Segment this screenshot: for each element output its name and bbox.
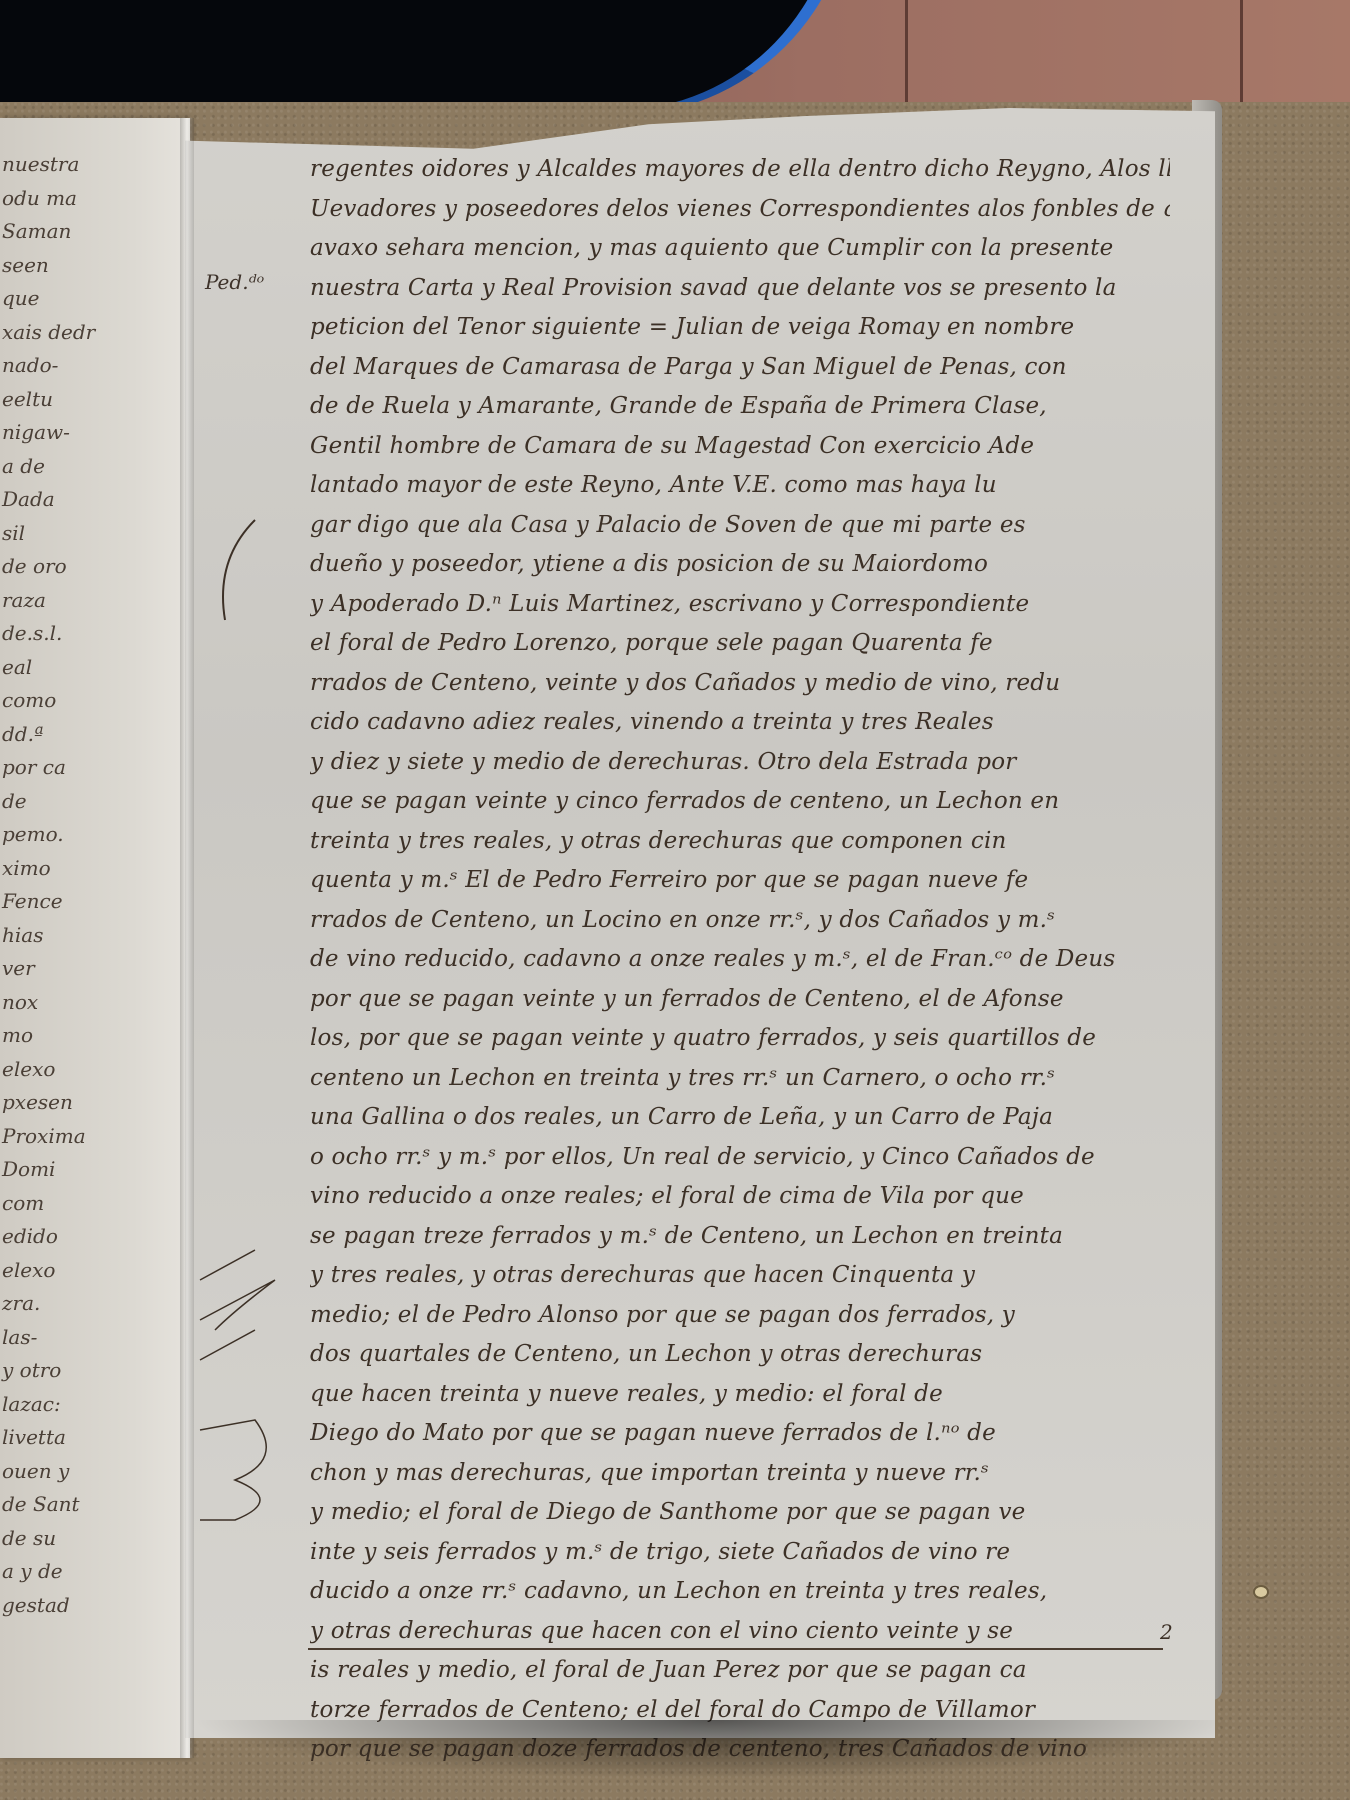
margin-note: Ped.ᵈᵒ <box>205 270 264 294</box>
book-gutter <box>180 118 194 1758</box>
left-fragment: eeltu <box>0 383 190 417</box>
left-fragment: Proxima <box>0 1120 190 1154</box>
left-fragment: de <box>0 785 190 819</box>
wall-seam <box>1240 0 1243 110</box>
manuscript-line: el foral de Pedro Lorenzo, porque sele p… <box>310 624 1170 664</box>
left-fragment: Domi <box>0 1153 190 1187</box>
manuscript-line: o ocho rr.ˢ y m.ˢ por ellos, Un real de … <box>310 1138 1170 1178</box>
manuscript-line: vino reducido a onze reales; el foral de… <box>310 1177 1170 1217</box>
manuscript-line: y Apoderado D.ⁿ Luis Martinez, escrivano… <box>310 585 1170 625</box>
left-fragment: y otro <box>0 1354 190 1388</box>
manuscript-line: rrados de Centeno, veinte y dos Cañados … <box>310 664 1170 704</box>
left-fragment: odu ma <box>0 182 190 216</box>
left-fragment: de oro <box>0 550 190 584</box>
manuscript-line: de vino reducido, cadavno a onze reales … <box>310 940 1170 980</box>
page-mark: 2 <box>1160 1620 1173 1644</box>
manuscript-line: los, por que se pagan veinte y quatro fe… <box>310 1019 1170 1059</box>
manuscript-line: y tres reales, y otras derechuras que ha… <box>310 1256 1170 1296</box>
manuscript-line: que hacen treinta y nueve reales, y medi… <box>310 1375 1170 1415</box>
left-fragment: nado- <box>0 349 190 383</box>
manuscript-line: dos quartales de Centeno, un Lechon y ot… <box>310 1335 1170 1375</box>
left-fragment: zra. <box>0 1287 190 1321</box>
manuscript-line: quenta y m.ˢ El de Pedro Ferreiro por qu… <box>310 861 1170 901</box>
manuscript-line: chon y mas derechuras, que importan trei… <box>310 1454 1170 1494</box>
book-shadow <box>190 1720 1240 1780</box>
wall-seam <box>905 0 908 110</box>
left-fragment: sil <box>0 517 190 551</box>
left-fragment: mo <box>0 1019 190 1053</box>
manuscript-line: is reales y medio, el foral de Juan Pere… <box>310 1651 1170 1691</box>
left-fragment: raza <box>0 584 190 618</box>
left-fragment: pxesen <box>0 1086 190 1120</box>
left-fragment: eal <box>0 651 190 685</box>
manuscript-line: que se pagan veinte y cinco ferrados de … <box>310 782 1170 822</box>
left-fragment: gestad <box>0 1589 190 1623</box>
manuscript-line: lantado mayor de este Reyno, Ante V.E. c… <box>310 466 1170 506</box>
left-fragment: elexo <box>0 1053 190 1087</box>
manuscript-line: Gentil hombre de Camara de su Magestad C… <box>310 427 1170 467</box>
manuscript-line: se pagan treze ferrados y m.ˢ de Centeno… <box>310 1217 1170 1257</box>
left-fragment: Saman <box>0 215 190 249</box>
manuscript-text: regentes oidores y Alcaldes mayores de e… <box>310 150 1170 1770</box>
left-fragment: ximo <box>0 852 190 886</box>
left-fragment: por ca <box>0 751 190 785</box>
manuscript-line: de de Ruela y Amarante, Grande de España… <box>310 387 1170 427</box>
left-fragment: hias <box>0 919 190 953</box>
left-fragment: a y de <box>0 1555 190 1589</box>
manuscript-line: medio; el de Pedro Alonso por que se pag… <box>310 1296 1170 1336</box>
left-fragment: seen <box>0 249 190 283</box>
left-fragment: como <box>0 684 190 718</box>
manuscript-line: dueño y poseedor, ytiene a dis posicion … <box>310 545 1170 585</box>
manuscript-line: nuestra Carta y Real Provision savad que… <box>310 269 1170 309</box>
manuscript-line: gar digo que ala Casa y Palacio de Soven… <box>310 506 1170 546</box>
margin-flourish-icon <box>195 480 305 1580</box>
left-fragment: pemo. <box>0 818 190 852</box>
manuscript-line: ducido a onze rr.ˢ cadavno, un Lechon en… <box>310 1572 1170 1612</box>
manuscript-line: por que se pagan veinte y un ferrados de… <box>310 980 1170 1020</box>
left-fragment: livetta <box>0 1421 190 1455</box>
left-fragment: com <box>0 1187 190 1221</box>
left-fragment: a de <box>0 450 190 484</box>
manuscript-line: centeno un Lechon en treinta y tres rr.ˢ… <box>310 1059 1170 1099</box>
manuscript-line: Uevadores y poseedores delos vienes Corr… <box>310 190 1170 230</box>
left-fragment: Fence <box>0 885 190 919</box>
left-fragment: nox <box>0 986 190 1020</box>
manuscript-line: cido cadavno adiez reales, vinendo a tre… <box>310 703 1170 743</box>
left-fragment: edido <box>0 1220 190 1254</box>
left-page-text: nuestra odu ma Saman seen que xais dedr … <box>0 148 190 1622</box>
manuscript-line: inte y seis ferrados y m.ˢ de trigo, sie… <box>310 1533 1170 1573</box>
manuscript-line: y otras derechuras que hacen con el vino… <box>310 1612 1170 1652</box>
left-fragment: lazac: <box>0 1388 190 1422</box>
left-fragment: dd.ª <box>0 718 190 752</box>
left-fragment: Dada <box>0 483 190 517</box>
closing-rule <box>308 1648 1163 1650</box>
manuscript-line: treinta y tres reales, y otras derechura… <box>310 822 1170 862</box>
left-fragment: ver <box>0 952 190 986</box>
manuscript-line: rrados de Centeno, un Locino en onze rr.… <box>310 901 1170 941</box>
manuscript-line: avaxo sehara mencion, y mas aquiento que… <box>310 229 1170 269</box>
left-fragment: que <box>0 282 190 316</box>
pushpin-icon <box>1253 1585 1269 1599</box>
left-fragment: de su <box>0 1522 190 1556</box>
left-fragment: de.s.l. <box>0 617 190 651</box>
manuscript-line: peticion del Tenor siguiente = Julian de… <box>310 308 1170 348</box>
manuscript-line: una Gallina o dos reales, un Carro de Le… <box>310 1098 1170 1138</box>
manuscript-line: Diego do Mato por que se pagan nueve fer… <box>310 1414 1170 1454</box>
left-fragment: ouen y <box>0 1455 190 1489</box>
left-fragment: las- <box>0 1321 190 1355</box>
manuscript-line: del Marques de Camarasa de Parga y San M… <box>310 348 1170 388</box>
manuscript-line: y diez y siete y medio de derechuras. Ot… <box>310 743 1170 783</box>
left-fragment: elexo <box>0 1254 190 1288</box>
left-fragment: xais dedr <box>0 316 190 350</box>
left-fragment: nuestra <box>0 148 190 182</box>
left-fragment: nigaw- <box>0 416 190 450</box>
manuscript-line: regentes oidores y Alcaldes mayores de e… <box>310 150 1170 190</box>
left-page: nuestra odu ma Saman seen que xais dedr … <box>0 118 190 1758</box>
left-fragment: de Sant <box>0 1488 190 1522</box>
manuscript-line: y medio; el foral de Diego de Santhome p… <box>310 1493 1170 1533</box>
